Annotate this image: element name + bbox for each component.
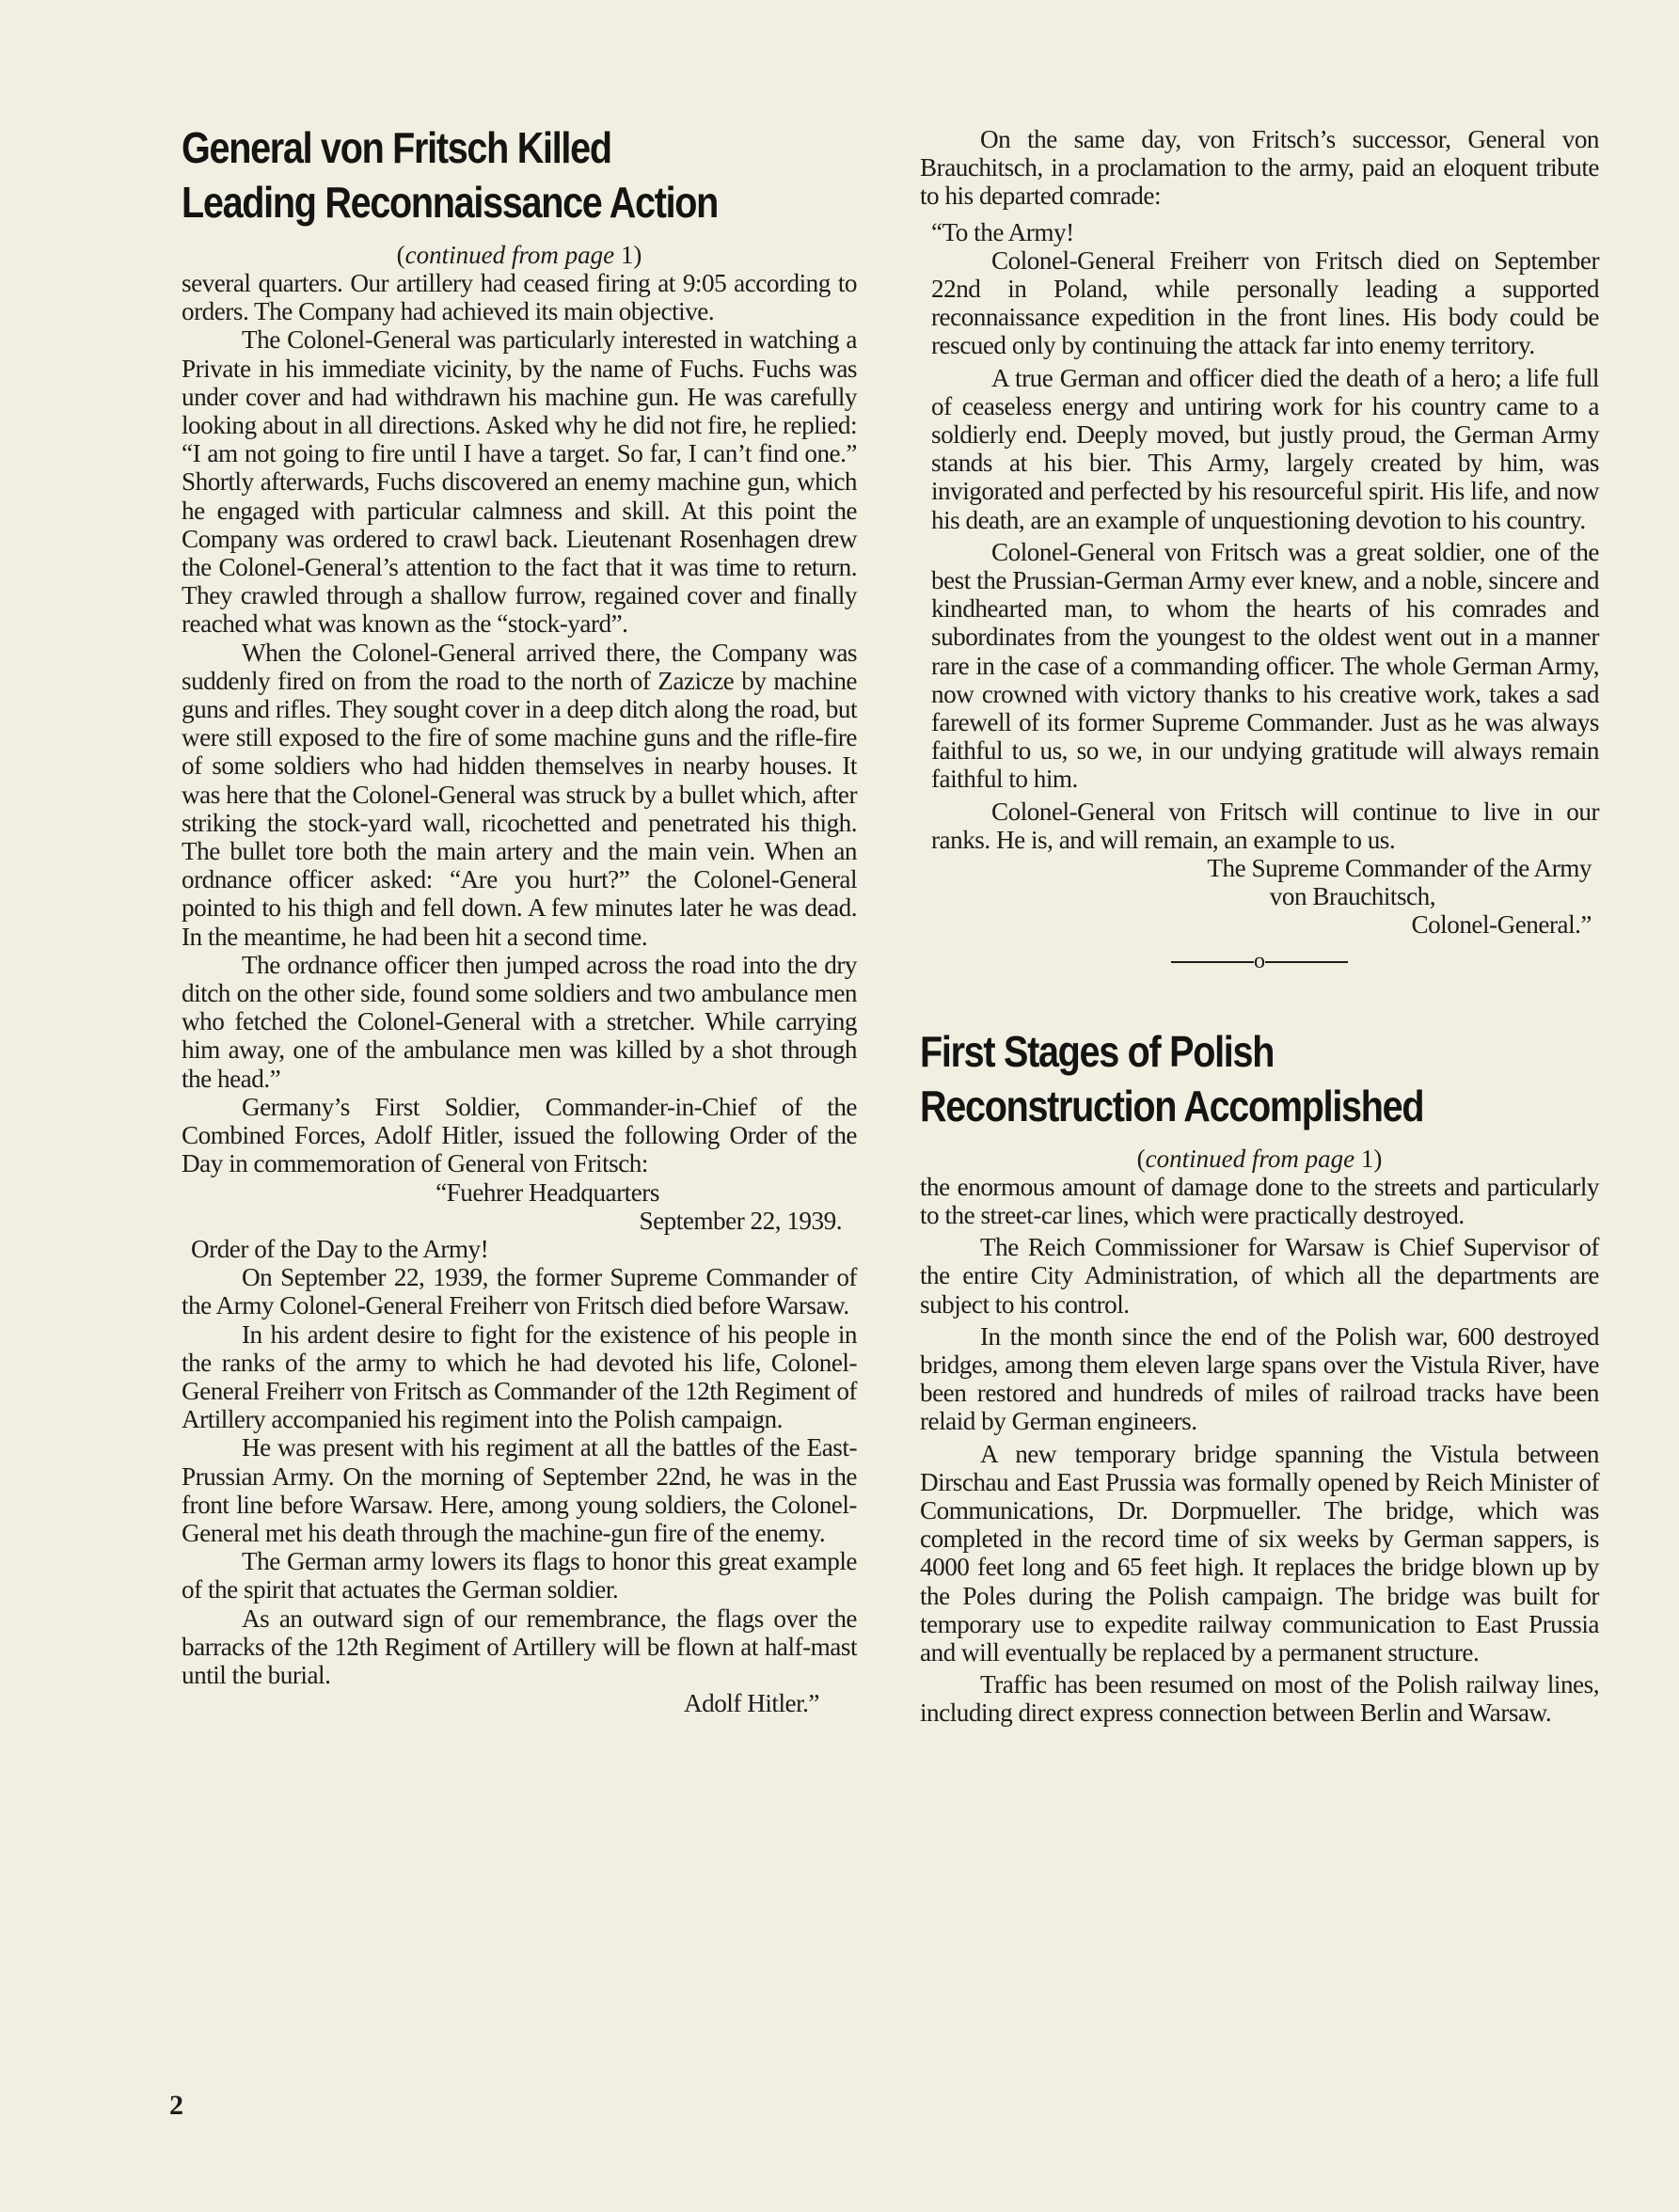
right-column: On the same day, von Fritsch’s successor… — [920, 125, 1599, 1728]
proclamation: “To the Army! Colonel-General Freiherr v… — [920, 218, 1599, 940]
proclamation-paragraph: A true German and officer died the death… — [931, 364, 1599, 534]
order-heading: “Fuehrer Headquarters — [182, 1178, 857, 1207]
article-headline-polish: First Stages of Polish Reconstruction Ac… — [920, 1024, 1504, 1133]
proclamation-paragraph: Colonel-General von Fritsch was a great … — [931, 538, 1599, 794]
headline-line-1: General von Fritsch Killed — [182, 123, 611, 172]
proclamation-salutation: “To the Army! — [931, 218, 1599, 246]
order-paragraph: He was present with his regiment at all … — [182, 1433, 857, 1547]
paragraph: The ordnance officer then jumped across … — [182, 951, 857, 1093]
continued-page: 1 — [621, 241, 634, 269]
headline-line-2: Leading Reconnaissance Action — [182, 178, 718, 227]
paragraph: several quarters. Our artillery had ceas… — [182, 269, 857, 325]
paragraph: Germany’s First Soldier, Commander-in-Ch… — [182, 1093, 857, 1178]
article-headline-fritsch: General von Fritsch Killed Leading Recon… — [182, 120, 762, 229]
divider-glyph: o — [1254, 949, 1265, 973]
paragraph: When the Colonel-General arrived there, … — [182, 639, 857, 951]
continued-label: continued from page — [405, 241, 614, 269]
order-date: September 22, 1939. — [182, 1207, 857, 1235]
order-paragraph: The German army lowers its flags to hono… — [182, 1547, 857, 1604]
order-paragraph: On September 22, 1939, the former Suprem… — [182, 1263, 857, 1319]
paragraph: A new temporary bridge spanning the Vist… — [920, 1440, 1599, 1667]
proclamation-paragraph: Colonel-General von Fritsch will continu… — [931, 798, 1599, 854]
continued-label: continued from page — [1146, 1145, 1354, 1173]
divider-rule — [1171, 961, 1254, 963]
paragraph: The Colonel-General was particularly int… — [182, 325, 857, 638]
page-number: 2 — [169, 2090, 183, 2122]
order-paragraph: In his ardent desire to fight for the ex… — [182, 1320, 857, 1434]
section-divider: o — [920, 947, 1599, 975]
order-title: Order of the Day to the Army! — [182, 1235, 857, 1263]
divider-rule — [1265, 961, 1348, 963]
intro-paragraph: On the same day, von Fritsch’s successor… — [920, 125, 1599, 211]
signature-line-3: Colonel-General.” — [931, 910, 1599, 939]
paragraph: The Reich Commissioner for Warsaw is Chi… — [920, 1233, 1599, 1319]
order-paragraph: As an outward sign of our remembrance, t… — [182, 1604, 857, 1690]
proclamation-paragraph: Colonel-General Freiherr von Fritsch die… — [931, 246, 1599, 360]
order-signature: Adolf Hitler.” — [182, 1689, 857, 1717]
paragraph: In the month since the end of the Polish… — [920, 1322, 1599, 1436]
headline-line-2: Reconstruction Accomplished — [920, 1082, 1423, 1130]
continued-note: (continued from page 1) — [920, 1145, 1599, 1173]
signature-line-2: von Brauchitsch, — [931, 882, 1599, 910]
left-column: General von Fritsch Killed Leading Recon… — [182, 120, 857, 1717]
headline-line-1: First Stages of Polish — [920, 1027, 1274, 1076]
signature-line-1: The Supreme Commander of the Army — [931, 854, 1599, 882]
paragraph: the enormous amount of damage done to th… — [920, 1173, 1599, 1229]
continued-note: (continued from page 1) — [182, 241, 857, 269]
paragraph: Traffic has been resumed on most of the … — [920, 1670, 1599, 1727]
continued-page: 1 — [1361, 1145, 1374, 1173]
